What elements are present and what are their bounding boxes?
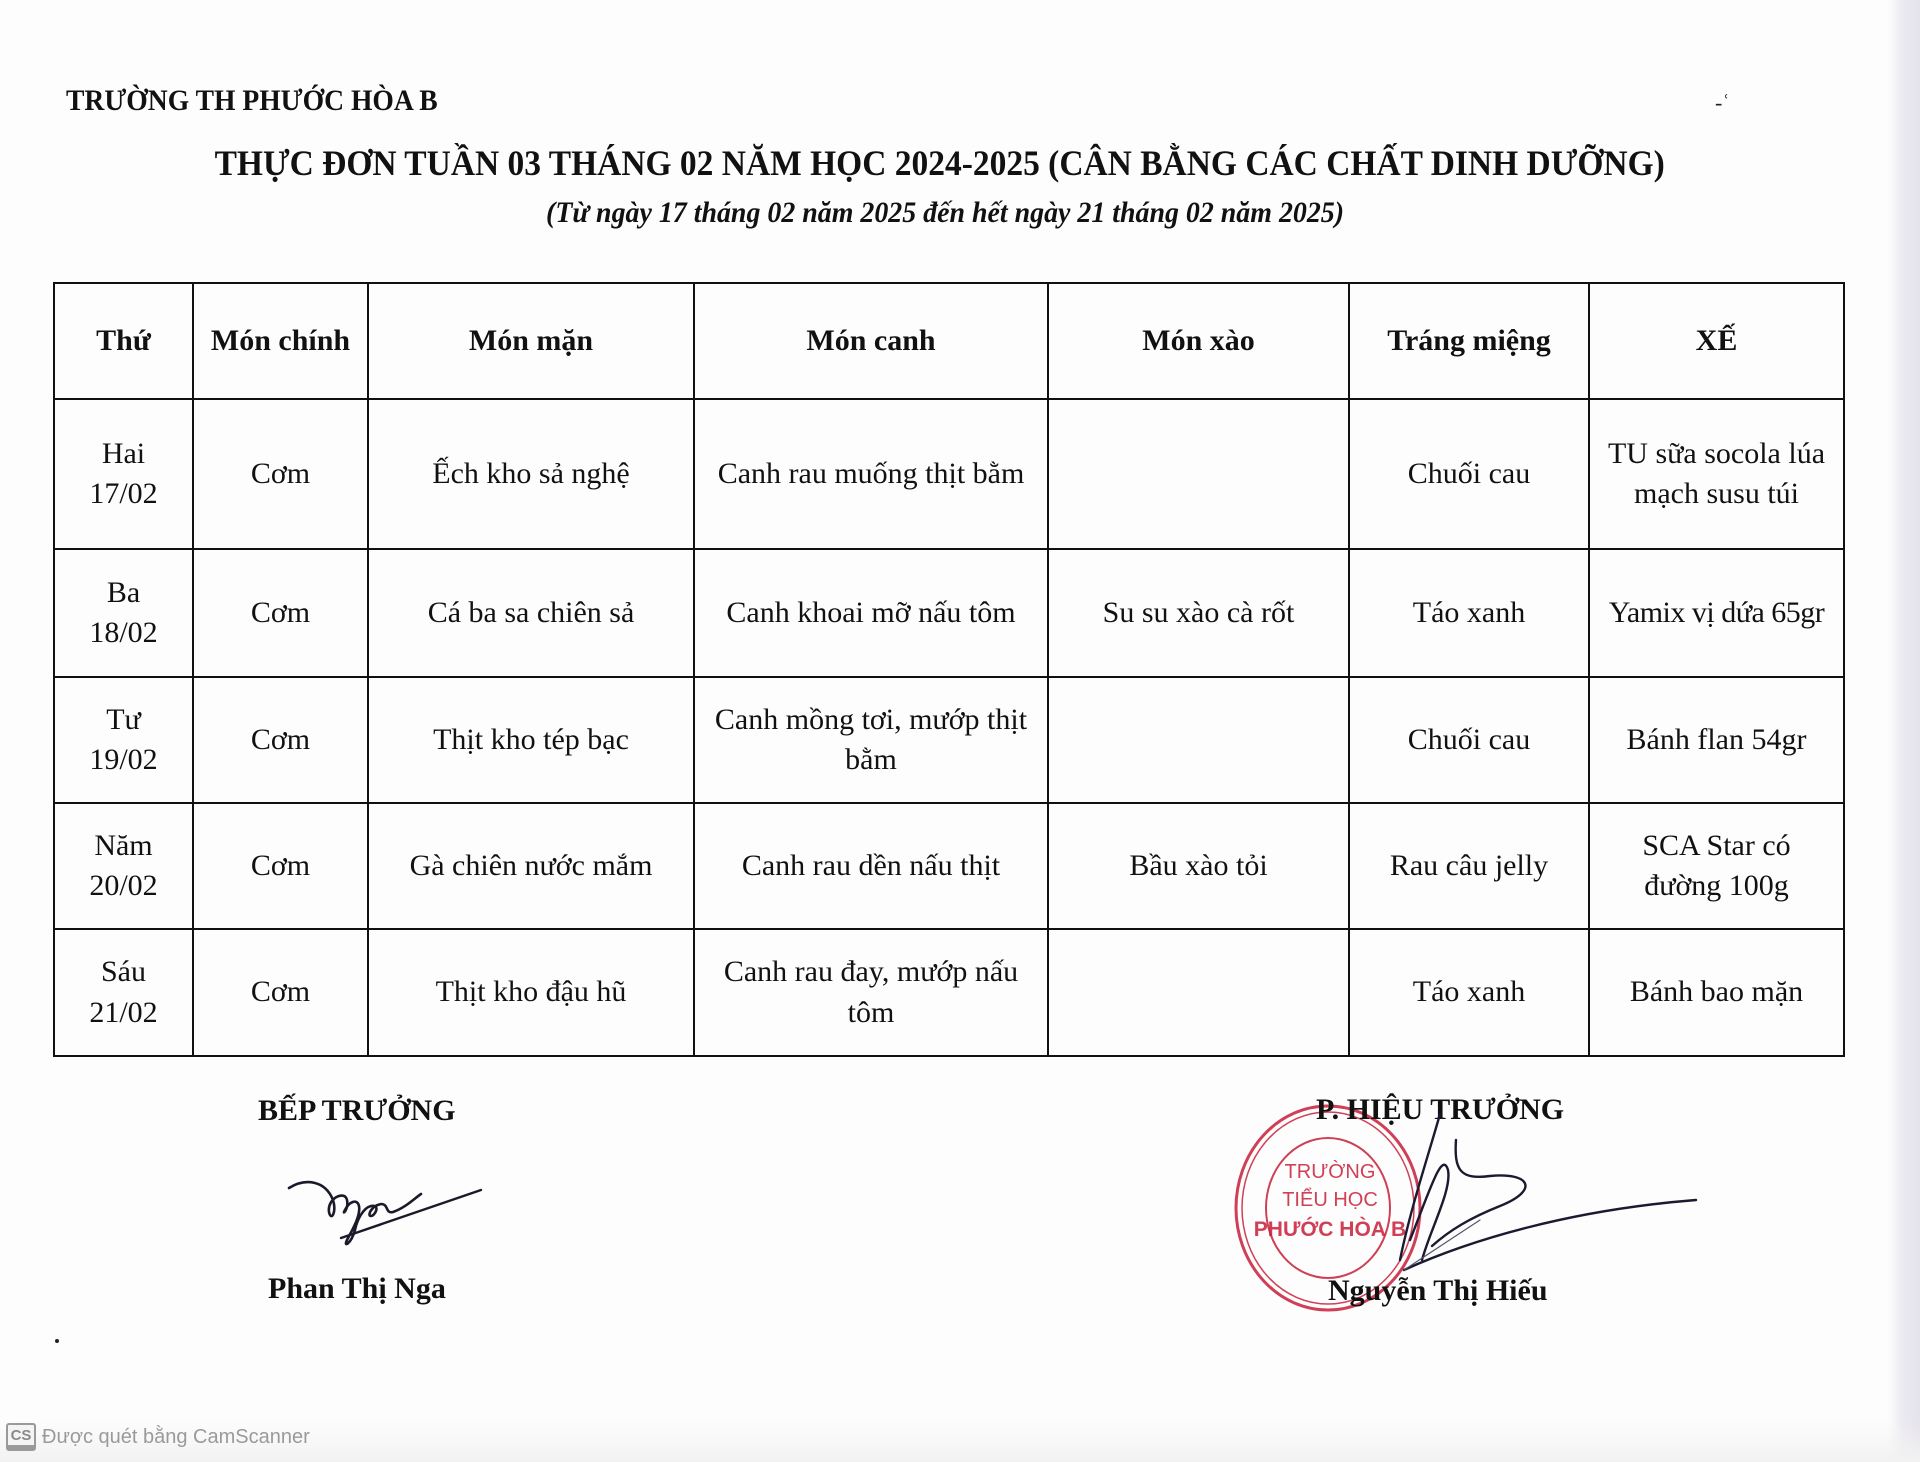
day-name: Hai	[61, 434, 186, 475]
soup-cell: Canh khoai mỡ nấu tôm	[694, 549, 1048, 677]
column-header-dessert: Tráng miệng	[1349, 283, 1589, 399]
soup-text: Canh rau đay, mướp nấu tôm	[709, 952, 1034, 1033]
salty-dish-cell: Gà chiên nước mắm	[368, 803, 694, 929]
main-dish-cell: Cơm	[193, 803, 368, 929]
day-name: Năm	[61, 826, 186, 867]
dessert-cell: Chuối cau	[1349, 677, 1589, 803]
stray-mark	[55, 1339, 59, 1343]
camscanner-text: Được quét bằng CamScanner	[42, 1426, 310, 1449]
day-cell: Tư 19/02	[54, 677, 193, 803]
snack-cell: SCA Star có đường 100g	[1589, 803, 1844, 929]
column-header-main-dish: Món chính	[193, 283, 368, 399]
document-title: THỰC ĐƠN TUẦN 03 THÁNG 02 NĂM HỌC 2024-2…	[0, 142, 1920, 184]
table-row: Năm 20/02 Cơm Gà chiên nước mắm Canh rau…	[54, 803, 1844, 929]
document-subtitle-text: (Từ ngày 17 tháng 02 năm 2025 đến hết ng…	[546, 196, 1344, 230]
salty-dish-cell: Ếch kho sả nghệ	[368, 399, 694, 549]
day-date: 18/02	[61, 613, 186, 654]
table-row: Ba 18/02 Cơm Cá ba sa chiên sả Canh khoa…	[54, 549, 1844, 677]
column-header-salty-dish: Món mặn	[368, 283, 694, 399]
snack-cell: TU sữa socola lúa mạch susu túi	[1589, 399, 1844, 549]
snack-cell: Bánh bao mặn	[1589, 929, 1844, 1056]
day-name: Tư	[61, 700, 186, 741]
column-header-snack: XẾ	[1589, 283, 1844, 399]
camscanner-logo-icon: CS	[6, 1423, 36, 1451]
snack-cell: Bánh flan 54gr	[1589, 677, 1844, 803]
dessert-cell: Chuối cau	[1349, 399, 1589, 549]
column-header-day: Thứ	[54, 283, 193, 399]
camscanner-watermark: CS Được quét bằng CamScanner	[6, 1421, 310, 1453]
soup-cell: Canh mồng tơi, mướp thịt bằm	[694, 677, 1048, 803]
day-name: Ba	[61, 573, 186, 614]
snack-text: SCA Star có đường 100g	[1622, 826, 1812, 907]
salty-dish-cell: Thịt kho tép bạc	[368, 677, 694, 803]
head-chef-title: BẾP TRƯỞNG	[258, 1094, 456, 1128]
soup-cell: Canh rau muống thịt bằm	[694, 399, 1048, 549]
dessert-cell: Táo xanh	[1349, 549, 1589, 677]
day-cell: Ba 18/02	[54, 549, 193, 677]
soup-text: Canh mồng tơi, mướp thịt bằm	[704, 700, 1039, 781]
snack-text: TU sữa socola lúa mạch susu túi	[1604, 434, 1829, 515]
day-date: 20/02	[61, 866, 186, 907]
menu-table: Thứ Món chính Món mặn Món canh Món xào T…	[53, 282, 1845, 1057]
head-chef-signature	[285, 1170, 485, 1260]
stir-fry-cell	[1048, 929, 1349, 1056]
table-row: Hai 17/02 Cơm Ếch kho sả nghệ Canh rau m…	[54, 399, 1844, 549]
table-row: Tư 19/02 Cơm Thịt kho tép bạc Canh mồng …	[54, 677, 1844, 803]
stamp-line-1: TRƯỜNG	[1285, 1160, 1376, 1183]
main-dish-cell: Cơm	[193, 549, 368, 677]
day-cell: Hai 17/02	[54, 399, 193, 549]
day-name: Sáu	[61, 952, 186, 993]
table-header-row: Thứ Món chính Món mặn Món canh Món xào T…	[54, 283, 1844, 399]
salty-dish-cell: Thịt kho đậu hũ	[368, 929, 694, 1056]
soup-cell: Canh rau đay, mướp nấu tôm	[694, 929, 1048, 1056]
soup-cell: Canh rau dền nấu thịt	[694, 803, 1048, 929]
day-date: 21/02	[61, 993, 186, 1034]
document-title-text: THỰC ĐƠN TUẦN 03 THÁNG 02 NĂM HỌC 2024-2…	[215, 142, 1665, 184]
stir-fry-cell	[1048, 399, 1349, 549]
day-cell: Năm 20/02	[54, 803, 193, 929]
snack-cell: Yamix vị dứa 65gr	[1589, 549, 1844, 677]
dessert-cell: Táo xanh	[1349, 929, 1589, 1056]
column-header-soup: Món canh	[694, 283, 1048, 399]
salty-dish-cell: Cá ba sa chiên sả	[368, 549, 694, 677]
stamp-line-2: TIỂU HỌC	[1282, 1188, 1378, 1211]
school-name: TRƯỜNG TH PHƯỚC HÒA B	[66, 84, 438, 118]
dessert-cell: Rau câu jelly	[1349, 803, 1589, 929]
vice-principal-name: Nguyễn Thị Hiếu	[1328, 1274, 1548, 1308]
day-cell: Sáu 21/02	[54, 929, 193, 1056]
table-row: Sáu 21/02 Cơm Thịt kho đậu hũ Canh rau đ…	[54, 929, 1844, 1056]
corner-mark: -ʿ	[1715, 90, 1730, 116]
main-dish-cell: Cơm	[193, 929, 368, 1056]
day-date: 17/02	[61, 474, 186, 515]
stir-fry-cell	[1048, 677, 1349, 803]
stir-fry-cell: Bầu xào tỏi	[1048, 803, 1349, 929]
head-chef-name: Phan Thị Nga	[268, 1272, 446, 1306]
day-date: 19/02	[61, 740, 186, 781]
main-dish-cell: Cơm	[193, 399, 368, 549]
main-dish-cell: Cơm	[193, 677, 368, 803]
column-header-stir-fry: Món xào	[1048, 283, 1349, 399]
document-subtitle: (Từ ngày 17 tháng 02 năm 2025 đến hết ng…	[0, 196, 1920, 230]
stir-fry-cell: Su su xào cà rốt	[1048, 549, 1349, 677]
